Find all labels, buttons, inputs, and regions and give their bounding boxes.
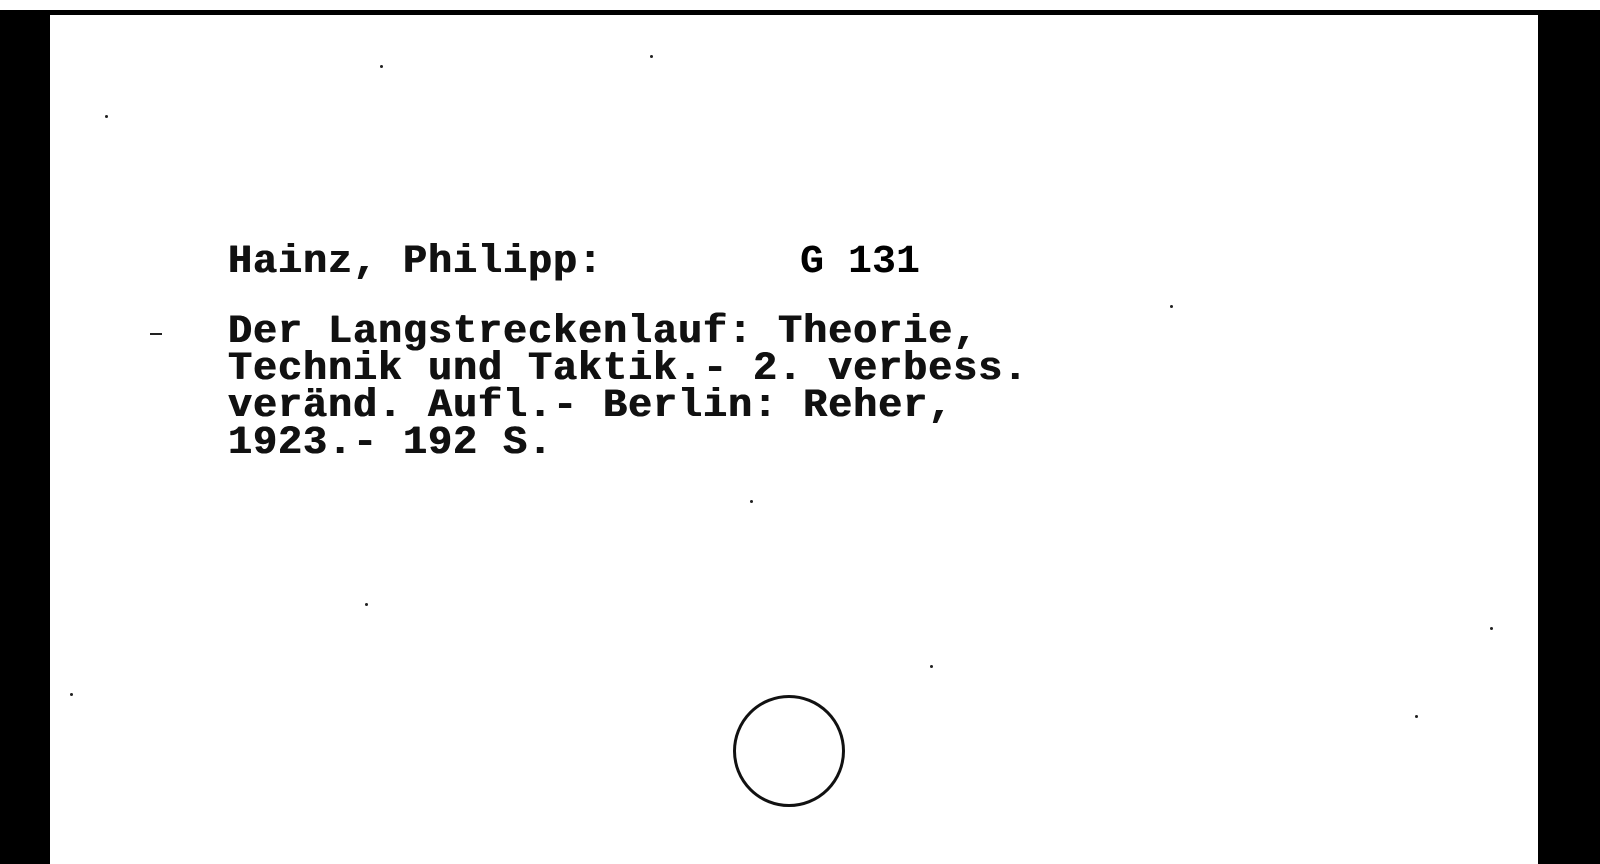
scan-speck [380, 65, 383, 68]
collation-line: 1923.- 192 S. [228, 424, 553, 464]
scan-speck [105, 115, 108, 118]
scan-speck [70, 693, 73, 696]
scan-speck [930, 665, 933, 668]
call-number: G 131 [800, 243, 920, 283]
author-heading: Hainz, Philipp: [228, 243, 603, 283]
scan-speck [365, 603, 368, 606]
scan-speck [1415, 715, 1418, 718]
catalog-card: Hainz, Philipp: G 131 Der Langstreckenla… [50, 15, 1538, 864]
scan-left-border [0, 10, 50, 864]
scan-speck [650, 55, 653, 58]
scan-right-border [1538, 10, 1600, 864]
scan-speck [1170, 305, 1173, 308]
scan-speck [750, 500, 753, 503]
scan-speck [1490, 627, 1493, 630]
card-punch-hole [733, 695, 845, 807]
margin-dash [150, 333, 162, 335]
